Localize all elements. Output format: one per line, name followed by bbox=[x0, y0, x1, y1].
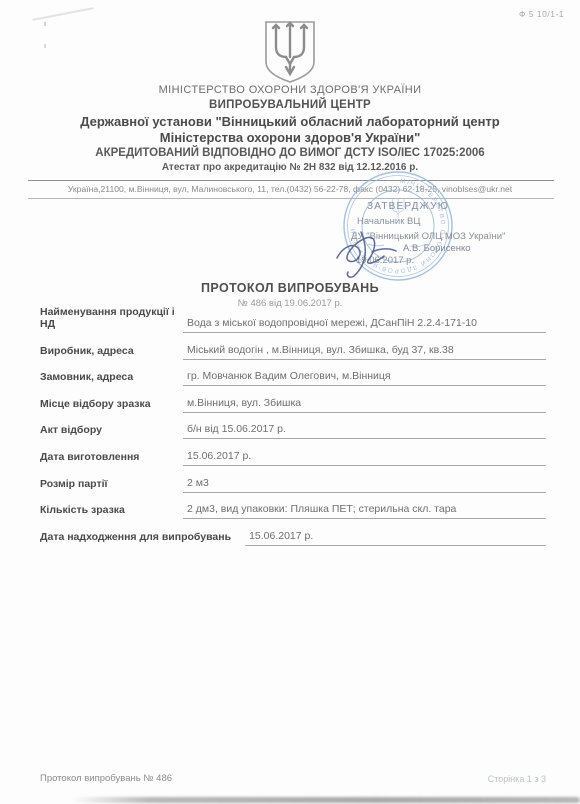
address-line: Україна,21100, м.Вінниця, вул, Малиновсь… bbox=[0, 184, 580, 194]
footer-protocol-number: Протокол випробувань № 486 bbox=[40, 773, 172, 784]
field-value: Вода з міської водопровідної мережі, ДСа… bbox=[183, 317, 546, 333]
testing-center-line: ВИПРОБУВАЛЬНИЙ ЦЕНТР bbox=[0, 99, 580, 111]
institution-line-2: Міністерства охорони здоров'я України" bbox=[0, 130, 580, 146]
institution-line-1: Державної установи "Вінницький обласний … bbox=[0, 114, 580, 130]
form-row: Виробник, адреса Міський водогін , м.Він… bbox=[40, 333, 546, 360]
certificate-line: Атестат про акредитацію № 2Н 832 від 12.… bbox=[0, 162, 580, 173]
field-value: 2 дм3, вид упаковки: Пляшка ПЕТ; стериль… bbox=[183, 503, 546, 519]
field-label: Розмір партії bbox=[40, 478, 183, 493]
field-value: б/н від 15.06.2017 р. bbox=[183, 423, 546, 439]
approver-position: Начальник ВЦ bbox=[357, 216, 420, 227]
field-value: 2 м3 bbox=[183, 477, 546, 493]
field-value: 15.06.2017 р. bbox=[245, 530, 546, 546]
scan-streak-artifact bbox=[32, 7, 93, 21]
scan-speck bbox=[44, 22, 46, 26]
protocol-title-block: ПРОТОКОЛ ВИПРОБУВАНЬ № 486 від 19.06.201… bbox=[0, 281, 580, 309]
field-value: 15.06.2017 р. bbox=[183, 450, 546, 466]
field-label: Виробник, адреса bbox=[40, 345, 183, 360]
field-value: Міський водогін , м.Вінниця, вул. Збишка… bbox=[183, 344, 546, 360]
field-value: м.Вінниця, вул. Збишка bbox=[183, 397, 546, 413]
horizontal-rule-bottom bbox=[28, 198, 554, 199]
handwritten-signature bbox=[334, 228, 426, 285]
form-row: Дата виготовлення 15.06.2017 р. bbox=[40, 439, 546, 466]
field-label: Найменування продукції і НД bbox=[40, 306, 183, 333]
scan-edge-shadow bbox=[72, 797, 580, 803]
form-row: Дата надходження для випробувань 15.06.2… bbox=[40, 519, 546, 546]
protocol-title: ПРОТОКОЛ ВИПРОБУВАНЬ bbox=[0, 281, 580, 295]
ukraine-trident-emblem-icon bbox=[261, 20, 319, 89]
field-label: Дата виготовлення bbox=[40, 451, 183, 466]
field-label: Замовник, адреса bbox=[40, 371, 183, 386]
scanned-document-page: Ф 5 10/1-1 МІНІСТЕРСТВО ОХОРОНИ ЗДОРОВ'Я… bbox=[0, 0, 580, 804]
field-label: Місце відбору зразка bbox=[40, 398, 183, 413]
form-row: Кількість зразка 2 дм3, вид упаковки: Пл… bbox=[40, 493, 546, 520]
protocol-fields: Найменування продукції і НД Вода з міськ… bbox=[40, 307, 546, 546]
form-row: Найменування продукції і НД Вода з міськ… bbox=[40, 307, 546, 334]
form-row: Замовник, адреса гр. Мовчанюк Вадим Олег… bbox=[40, 360, 546, 387]
field-label: Акт відбору bbox=[40, 424, 183, 439]
scan-speck bbox=[44, 44, 46, 48]
field-label: Дата надходження для випробувань bbox=[40, 531, 245, 546]
accreditation-line: АКРЕДИТОВАНИЙ ВІДПОВІДНО ДО ВИМОГ ДСТУ I… bbox=[0, 147, 580, 159]
field-value: гр. Мовчанюк Вадим Олегович, м.Вінниця bbox=[183, 370, 546, 386]
horizontal-rule-top bbox=[28, 180, 554, 181]
form-row: Розмір партії 2 м3 bbox=[40, 466, 546, 493]
document-header: МІНІСТЕРСТВО ОХОРОНИ ЗДОРОВ'Я УКРАЇНИ ВИ… bbox=[0, 84, 580, 173]
footer-page-number: Сторінка 1 з 3 bbox=[488, 774, 546, 784]
field-label: Кількість зразка bbox=[40, 504, 183, 519]
approve-label: ЗАТВЕРДЖУЮ bbox=[367, 201, 449, 212]
form-row: Місце відбору зразка м.Вінниця, вул. Зби… bbox=[40, 386, 546, 413]
form-code-label: Ф 5 10/1-1 bbox=[519, 9, 564, 19]
ministry-line: МІНІСТЕРСТВО ОХОРОНИ ЗДОРОВ'Я УКРАЇНИ bbox=[0, 84, 580, 96]
form-row: Акт відбору б/н від 15.06.2017 р. bbox=[40, 413, 546, 440]
